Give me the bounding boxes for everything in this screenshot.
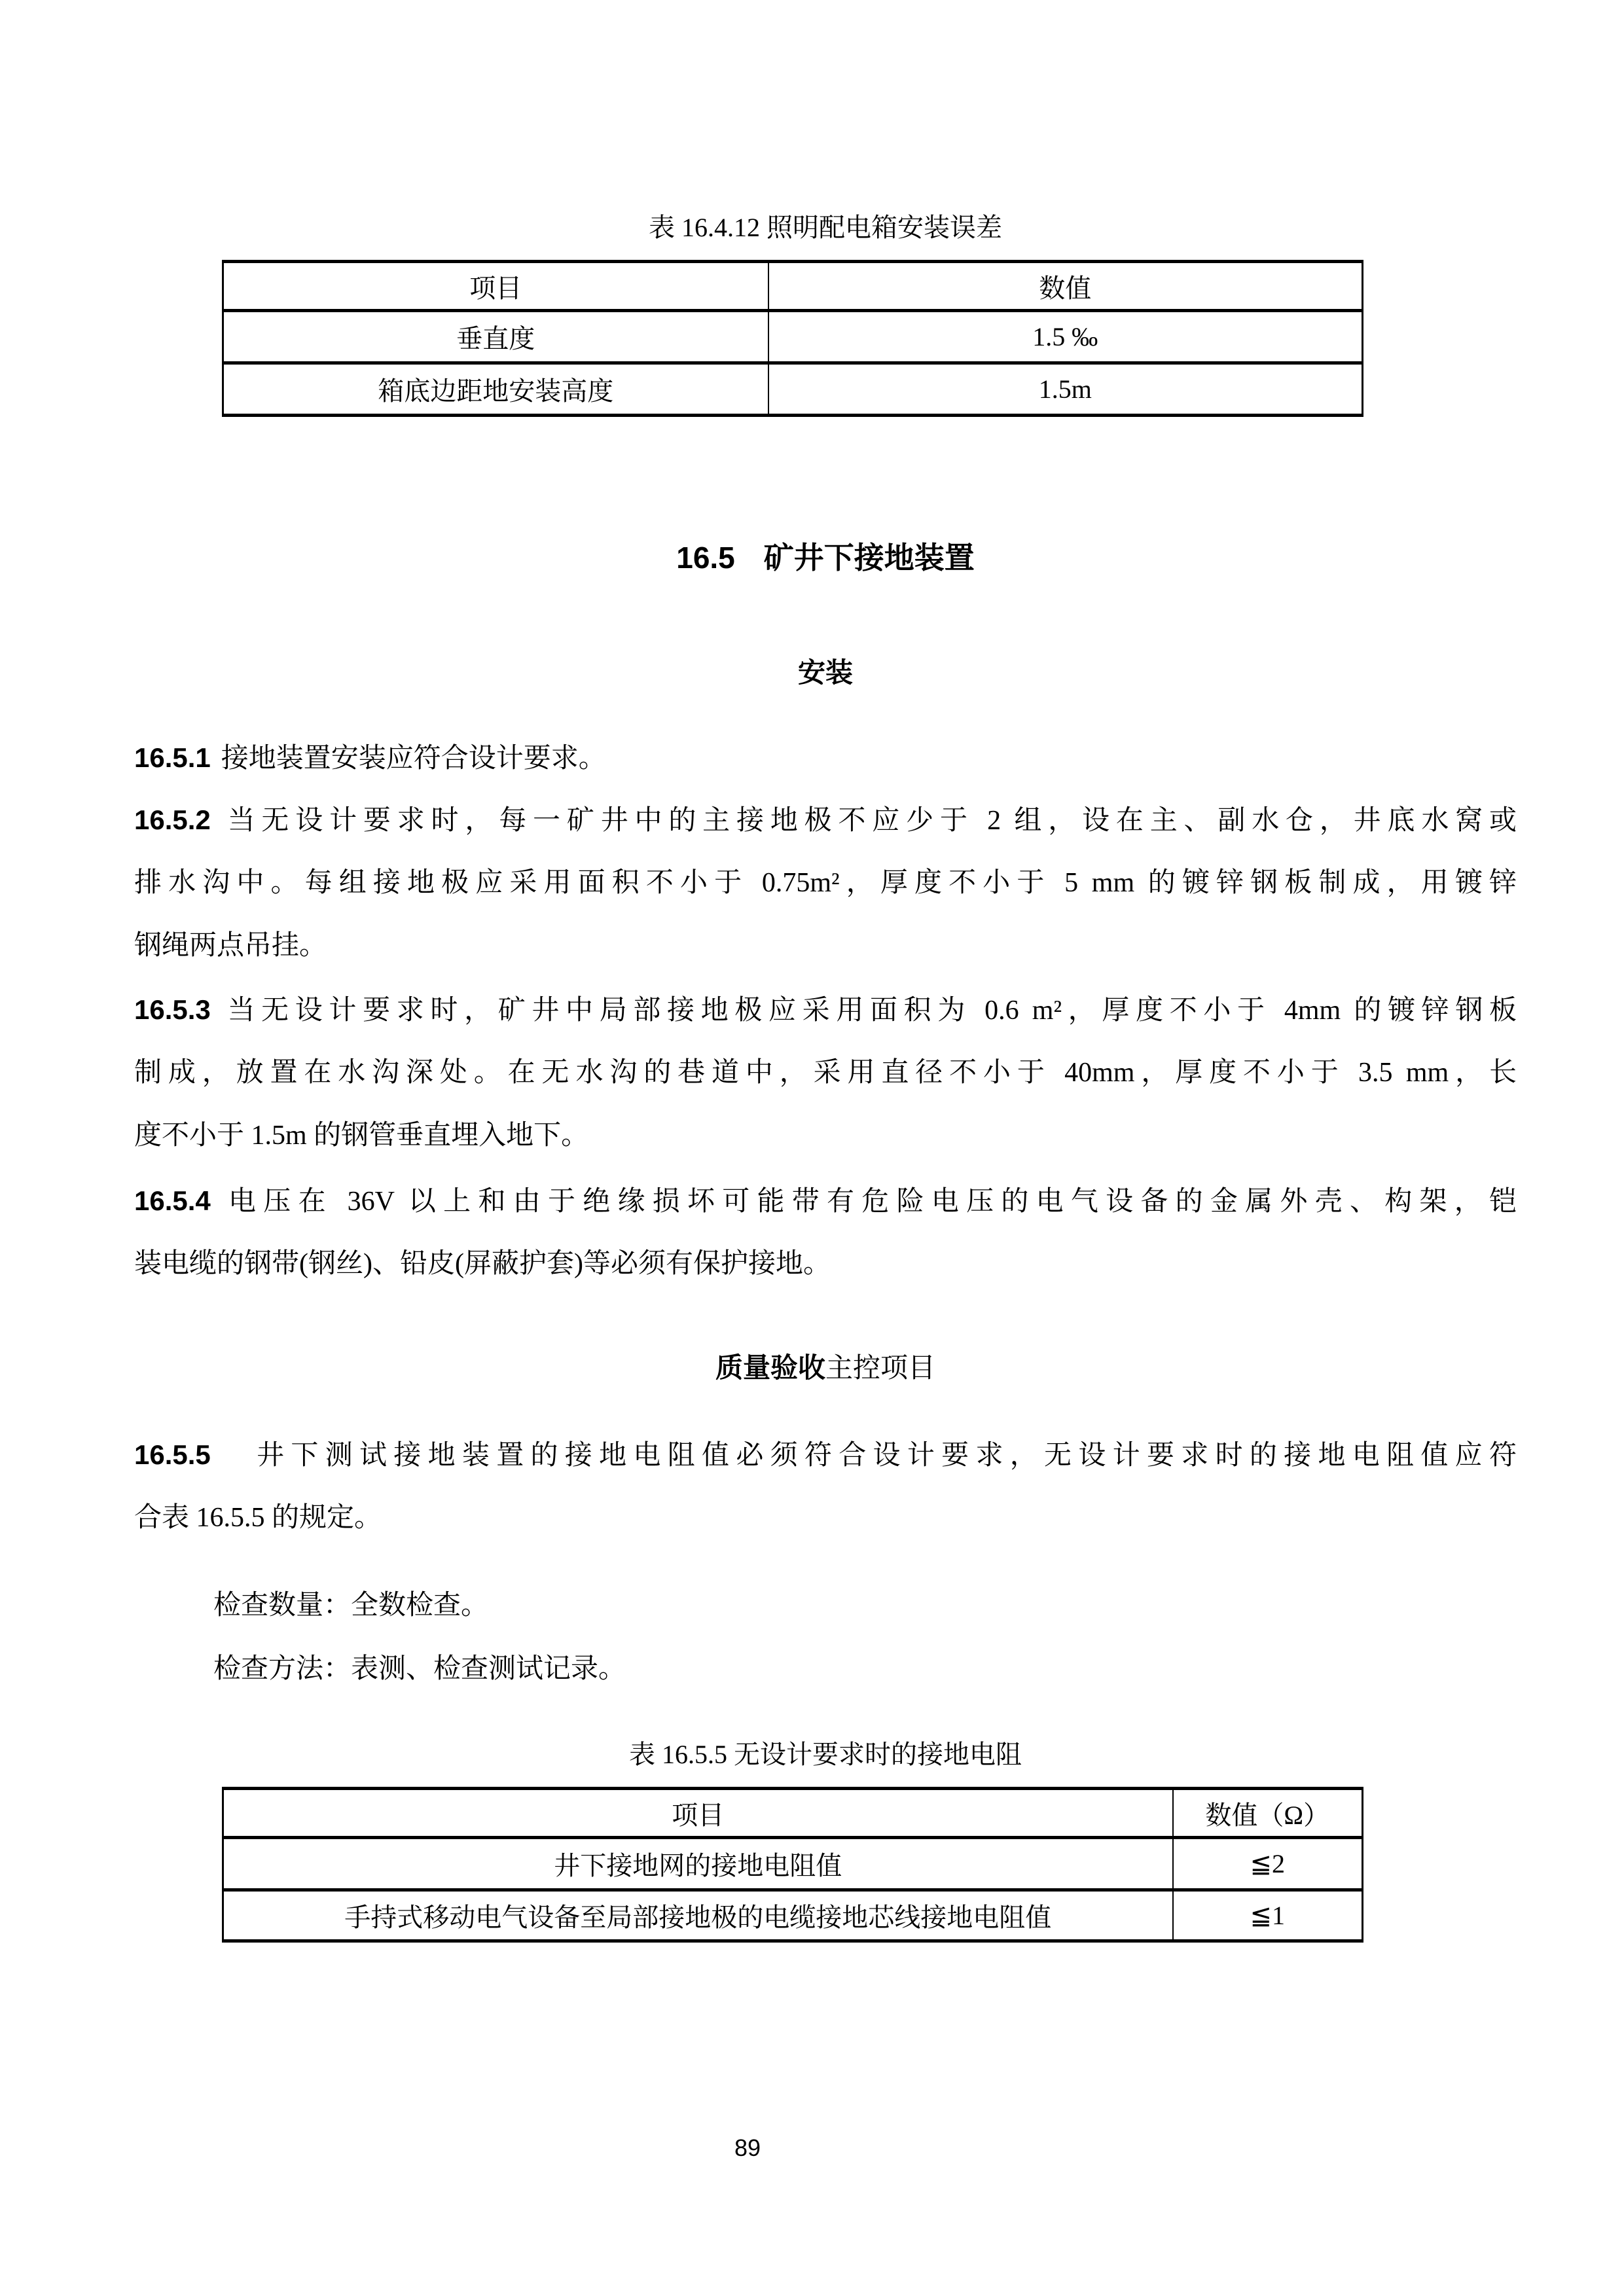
check-quantity-line: 检查数量：全数检查。 (213, 1574, 1516, 1637)
cell-value: ≦2 (1173, 1838, 1363, 1890)
table-row: 井下接地网的接地电阻值 ≦2 (223, 1838, 1363, 1890)
clause-16-5-3: 16.5.3当无设计要求时，矿井中局部接地极应采用面积为 0.6 m²，厚度不小… (134, 978, 1517, 1167)
quality-heading-regular: 主控项目 (825, 1354, 935, 1384)
clause-line: 钢绳两点吊挂。 (134, 914, 1517, 977)
section-heading: 16.5矿井下接地装置 (134, 538, 1517, 577)
cell-value: 1.5 ‰ (768, 311, 1363, 363)
table-16-5-5: 项目 数值（Ω） 井下接地网的接地电阻值 ≦2 手持式移动电气设备至局部接地极的… (222, 1787, 1363, 1943)
table-header-row: 项目 数值（Ω） (223, 1789, 1363, 1838)
clause-number: 16.5.3 (134, 994, 211, 1025)
clause-text: 接地装置安装应符合设计要求。 (221, 744, 606, 774)
table-row: 垂直度 1.5 ‰ (223, 311, 1363, 363)
clause-line: 16.5.4电压在 36V 以上和由于绝缘损坏可能带有危险电压的电气设备的金属外… (134, 1170, 1517, 1232)
clause-line: 16.5.3当无设计要求时，矿井中局部接地极应采用面积为 0.6 m²，厚度不小… (134, 978, 1517, 1041)
table-header-row: 项目 数值 (223, 262, 1363, 311)
cell-item: 井下接地网的接地电阻值 (223, 1838, 1173, 1890)
clause-line: 16.5.1接地装置安装应符合设计要求。 (134, 726, 1517, 789)
page-number: 89 (0, 2134, 1495, 2162)
clause-number: 16.5.5 (134, 1439, 211, 1470)
col-header-value: 数值（Ω） (1173, 1789, 1363, 1838)
table-row: 箱底边距地安装高度 1.5m (223, 363, 1363, 416)
clause-line: 合表 16.5.5 的规定。 (134, 1486, 1517, 1549)
clause-line: 制成，放置在水沟深处。在无水沟的巷道中，采用直径不小于 40mm，厚度不小于 3… (134, 1041, 1517, 1104)
cell-value: ≦1 (1173, 1890, 1363, 1941)
section-title: 矿井下接地装置 (764, 541, 975, 575)
table-16-4-12: 项目 数值 垂直度 1.5 ‰ 箱底边距地安装高度 1.5m (222, 260, 1363, 417)
clause-text: 当无设计要求时，矿井中局部接地极应采用面积为 0.6 m²，厚度不小于 4mm … (221, 996, 1517, 1026)
cell-item: 箱底边距地安装高度 (223, 363, 768, 416)
col-header-value: 数值 (768, 262, 1363, 311)
table-16-4-12-caption: 表 16.4.12 照明配电箱安装误差 (134, 211, 1517, 245)
cell-item: 垂直度 (223, 311, 768, 363)
clause-line: 排水沟中。每组接地极应采用面积不小于 0.75m²，厚度不小于 5 mm 的镀锌… (134, 852, 1517, 914)
col-header-item: 项目 (223, 1789, 1173, 1838)
clause-line: 16.5.5井下测试接地装置的接地电阻值必须符合设计要求，无设计要求时的接地电阻… (134, 1424, 1517, 1486)
clause-line: 装电缆的钢带(钢丝)、铅皮(屏蔽护套)等必须有保护接地。 (134, 1232, 1517, 1295)
clause-16-5-1: 16.5.1接地装置安装应符合设计要求。 (134, 726, 1517, 789)
clause-16-5-2: 16.5.2当无设计要求时，每一矿井中的主接地极不应少于 2 组，设在主、副水仓… (134, 789, 1517, 977)
section-number: 16.5 (676, 541, 735, 575)
quality-acceptance-heading: 质量验收主控项目 (134, 1350, 1517, 1386)
quality-heading-bold: 质量验收 (715, 1352, 825, 1383)
table-row: 手持式移动电气设备至局部接地极的电缆接地芯线接地电阻值 ≦1 (223, 1890, 1363, 1941)
document-page: 表 16.4.12 照明配电箱安装误差 项目 数值 垂直度 1.5 ‰ 箱底边距… (0, 0, 1624, 2296)
cell-item: 手持式移动电气设备至局部接地极的电缆接地芯线接地电阻值 (223, 1890, 1173, 1941)
clause-16-5-5: 16.5.5井下测试接地装置的接地电阻值必须符合设计要求，无设计要求时的接地电阻… (134, 1424, 1517, 1549)
clause-number: 16.5.2 (134, 804, 211, 835)
clause-text: 当无设计要求时，每一矿井中的主接地极不应少于 2 组，设在主、副水仓，井底水窝或 (221, 806, 1517, 836)
clause-number: 16.5.4 (134, 1185, 211, 1216)
check-method-line: 检查方法：表测、检查测试记录。 (213, 1638, 1516, 1700)
install-subheading: 安装 (134, 655, 1517, 691)
cell-value: 1.5m (768, 363, 1363, 416)
table-16-5-5-caption: 表 16.5.5 无设计要求时的接地电阻 (134, 1738, 1517, 1772)
col-header-item: 项目 (223, 262, 768, 311)
clause-16-5-4: 16.5.4电压在 36V 以上和由于绝缘损坏可能带有危险电压的电气设备的金属外… (134, 1170, 1517, 1295)
clause-number: 16.5.1 (134, 742, 211, 773)
clause-text: 电压在 36V 以上和由于绝缘损坏可能带有危险电压的电气设备的金属外壳、构架，铠 (221, 1187, 1517, 1217)
clause-text: 井下测试接地装置的接地电阻值必须符合设计要求，无设计要求时的接地电阻值应符 (250, 1441, 1517, 1471)
clause-line: 16.5.2当无设计要求时，每一矿井中的主接地极不应少于 2 组，设在主、副水仓… (134, 789, 1517, 852)
clause-line: 度不小于 1.5m 的钢管垂直埋入地下。 (134, 1104, 1517, 1167)
